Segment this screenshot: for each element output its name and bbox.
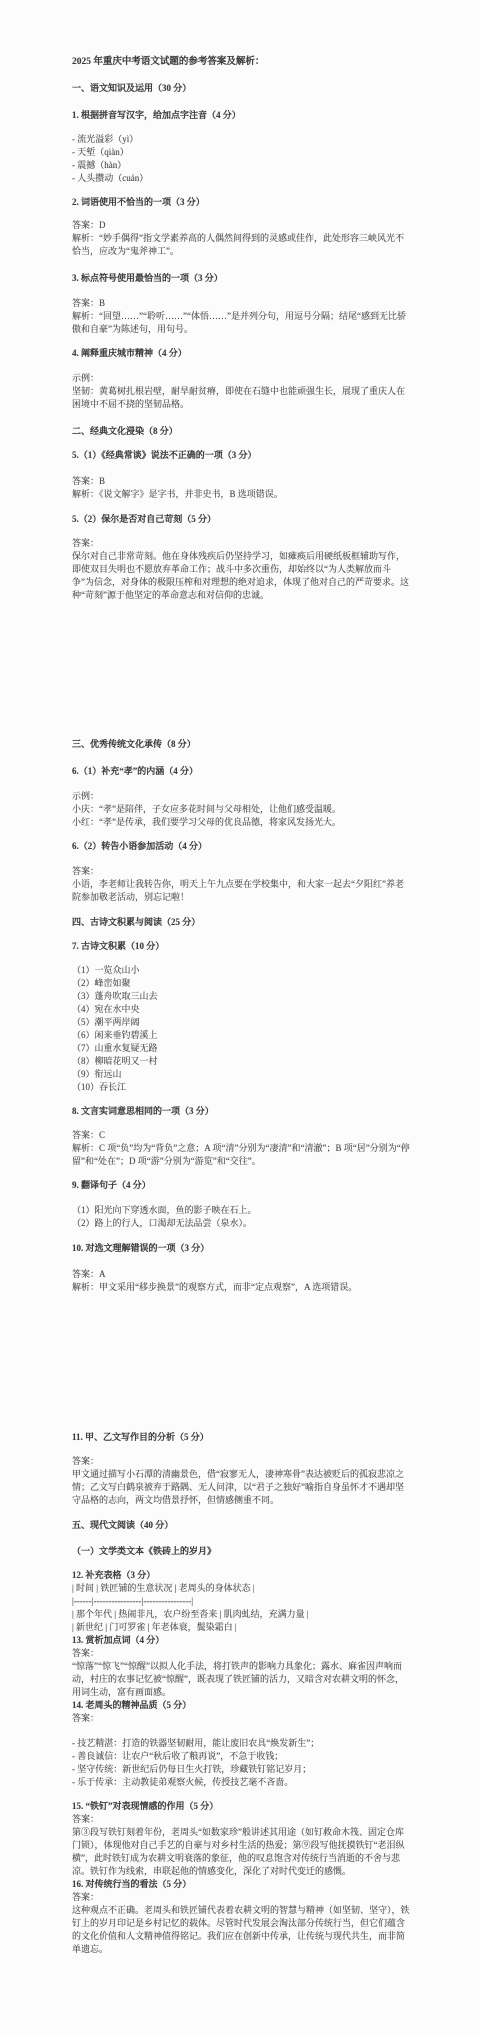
- bullet-line: - 流光溢彩（yì）: [72, 133, 412, 146]
- text-line: 示例：: [72, 790, 412, 803]
- text-line: 这种观点不正确。老周头和铁匠铺代表着农耕文明的智慧与精神（如坚韧、坚守），铁钉上…: [72, 1904, 412, 1956]
- question-heading: 3. 标点符号使用最恰当的一项（3 分）: [72, 272, 412, 285]
- question-heading: 13. 赏析加点词（4 分）: [72, 1634, 412, 1647]
- text-line: 答案：: [72, 1712, 412, 1725]
- question-heading: 15. “铁钉”对表现情感的作用（5 分）: [72, 1800, 412, 1813]
- question-heading: 5.（1）《经典常谈》说法不正确的一项（3 分）: [72, 449, 412, 462]
- text-line: 答案：: [72, 1813, 412, 1826]
- text-line: 答案：: [72, 1455, 412, 1468]
- text-line: 解析：甲文采用“移步换景”的观察方式，而非“定点观察”，A 选项错误。: [72, 1281, 412, 1294]
- text-line: （3）蓬舟吹取三山去: [72, 990, 412, 1003]
- text-line: 解析：“妙手偶得”指文学素养高的人偶然间得到的灵感或佳作，此处形容三峡风光不恰当…: [72, 232, 412, 258]
- table-line: |------|----------------|---------------…: [72, 1595, 412, 1608]
- question-heading: 9. 翻译句子（4 分）: [72, 1179, 412, 1192]
- bullet-line: - 善良诚信：让农户“秋后收了粮再说”，不急于收钱；: [72, 1750, 412, 1763]
- text-line: （2）路上的行人，口渴却无法品尝（泉水）。: [72, 1217, 412, 1230]
- text-line: 答案：D: [72, 219, 412, 232]
- text-line: 坚韧：黄葛树扎根岩壁，耐旱耐贫瘠，即使在石缝中也能顽强生长，展现了重庆人在困境中…: [72, 385, 412, 411]
- question-heading: 14. 老周头的精神品质（5 分）: [72, 1699, 412, 1712]
- text-line: 小红：“孝”是传承，我们要学习父母的优良品德，将家风发扬光大。: [72, 816, 412, 829]
- table-line: | 时间 | 铁匠铺的生意状况 | 老周头的身体状态 |: [72, 1582, 412, 1595]
- question-heading: 6.（2）转告小语参加活动（4 分）: [72, 840, 412, 853]
- section-heading: 三、优秀传统文化承传（8 分）: [72, 738, 412, 751]
- text-line: （1）阳光向下穿透水面，鱼的影子映在石上。: [72, 1204, 412, 1217]
- question-heading: 10. 对选文理解错误的一项（3 分）: [72, 1242, 412, 1255]
- bullet-line: - 乐于传承：主动教徒弟观察火候，传授技艺毫不吝啬。: [72, 1776, 412, 1789]
- text-line: （2）峰峦如聚: [72, 977, 412, 990]
- text-line: （4）宛在水中央: [72, 1003, 412, 1016]
- question-heading: 11. 甲、乙文写作目的分析（5 分）: [72, 1431, 412, 1444]
- text-line: 答案：A: [72, 1268, 412, 1281]
- text-line: 答案：: [72, 865, 412, 878]
- text-line: “惊落”“惊飞”“惊醒”以拟人化手法，将打铁声的影响力具象化；露水、麻雀因声响而…: [72, 1660, 412, 1699]
- text-line: （6）闲来垂钓碧溪上: [72, 1029, 412, 1042]
- text-line: 答案：: [72, 537, 412, 550]
- section-heading: 一、语文知识及运用（30 分）: [72, 82, 412, 95]
- doc-title: 2025 年重庆中考语文试题的参考答案及解析：: [72, 56, 412, 69]
- text-line: （1）一览众山小: [72, 964, 412, 977]
- section-heading: 四、古诗文积累与阅读（25 分）: [72, 916, 412, 929]
- text-line: 解析：《说文解字》是字书，并非史书，B 选项错误。: [72, 488, 412, 501]
- question-heading: 12. 补充表格（3 分）: [72, 1569, 412, 1582]
- text-line: 答案：C: [72, 1129, 412, 1142]
- text-line: （8）柳暗花明又一村: [72, 1055, 412, 1068]
- text-line: 甲文通过描写小石潭的清幽景色，借“寂寥无人，凄神寒骨”表达被贬后的孤寂悲凉之情；…: [72, 1468, 412, 1507]
- section-heading: （一）文学类文本《铁砖上的岁月》: [72, 1545, 412, 1558]
- question-heading: 2. 词语使用不恰当的一项（3 分）: [72, 196, 412, 209]
- question-heading: 4. 阐释重庆城市精神（4 分）: [72, 347, 412, 360]
- text-line: （10）吞长江: [72, 1081, 412, 1094]
- table-line: | 那个年代 | 热闹非凡，农户纷至沓来 | 肌肉虬结，充满力量 |: [72, 1608, 412, 1621]
- text-line: 解析：“回望……”“聆听……”“体悟……”是并列分句，用逗号分隔；结尾“感到无比…: [72, 310, 412, 336]
- question-heading: 5.（2）保尔是否对自己苛刻（5 分）: [72, 513, 412, 526]
- section-heading: 五、现代文阅读（40 分）: [72, 1519, 412, 1532]
- text-line: 保尔对自己非常苛刻。他在身体残疾后仍坚持学习，如瘫痪后用硬纸板框辅助写作，即使双…: [72, 550, 412, 602]
- bullet-line: - 天堑（qiàn）: [72, 146, 412, 159]
- text-line: 答案：: [72, 1891, 412, 1904]
- text-line: 小庆：“孝”是陪伴，子女应多花时间与父母相处，让他们感受温暖。: [72, 803, 412, 816]
- question-heading: 7. 古诗文积累（10 分）: [72, 940, 412, 953]
- text-line: （9）衔远山: [72, 1068, 412, 1081]
- text-line: （7）山重水复疑无路: [72, 1042, 412, 1055]
- bullet-line: - 坚守传统：新世纪后仍每日生火打铁，珍藏铁钉铭记岁月；: [72, 1763, 412, 1776]
- text-line: 答案：B: [72, 475, 412, 488]
- text-line: 小语，李老师让我转告你，明天上午九点要在学校集中，和大家一起去“夕阳红”养老院参…: [72, 878, 412, 904]
- answer-document: 2025 年重庆中考语文试题的参考答案及解析：一、语文知识及运用（30 分）1.…: [0, 0, 480, 1956]
- text-line: 第③段写铁钉刻着年份，老周头“如数家珍”般讲述其用途（如钉救命木筏、固定仓库门锁…: [72, 1826, 412, 1878]
- question-heading: 16. 对传统行当的看法（5 分）: [72, 1878, 412, 1891]
- question-heading: 8. 文言实词意思相同的一项（3 分）: [72, 1105, 412, 1118]
- text-line: 答案：: [72, 1647, 412, 1660]
- text-line: 答案：B: [72, 297, 412, 310]
- question-heading: 6.（1）补充“孝”的内涵（4 分）: [72, 765, 412, 778]
- text-line: 示例：: [72, 372, 412, 385]
- bullet-line: - 人头攒动（cuán）: [72, 172, 412, 185]
- text-line: （5）潮平两岸阔: [72, 1016, 412, 1029]
- bullet-line: - 震撼（hàn）: [72, 159, 412, 172]
- text-line: 解析：C 项“负”均为“背负”之意；A 项“清”分别为“凄清”和“清澈”；B 项…: [72, 1142, 412, 1168]
- question-heading: 1. 根据拼音写汉字，给加点字注音（4 分）: [72, 109, 412, 122]
- table-line: | 新世纪 | 门可罗雀 | 年老体衰，鬓染霜白 |: [72, 1621, 412, 1634]
- section-heading: 二、经典文化浸染（8 分）: [72, 425, 412, 438]
- bullet-line: - 技艺精湛：打造的铁器坚韧耐用，能让废旧农具“焕发新生”；: [72, 1737, 412, 1750]
